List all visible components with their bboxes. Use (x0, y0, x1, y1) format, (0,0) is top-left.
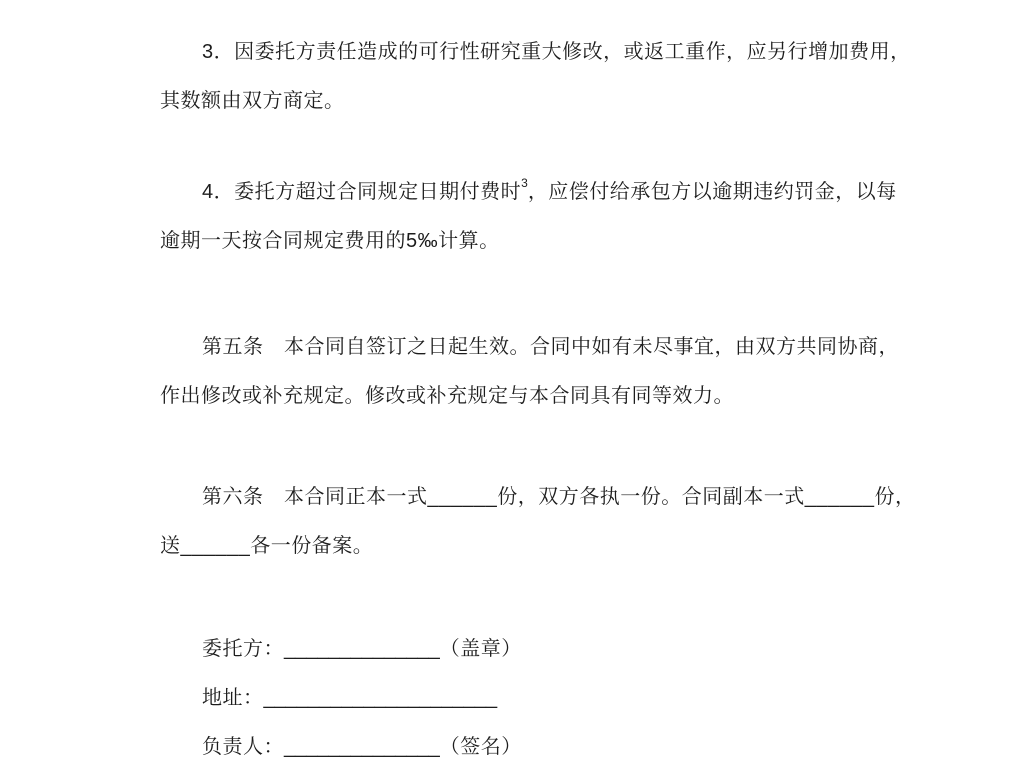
article-6-paragraph: 第六条 本合同正本一式______份，双方各执一份。合同副本一式______份，… (160, 473, 880, 571)
client-label: 委托方： (202, 638, 284, 660)
document-page: { "colors": { "background": "#ffffff", "… (0, 0, 1024, 768)
address-line: 地址：_____________________ (160, 674, 880, 723)
contract-text-line: 其数额由双方商定。 (160, 77, 880, 126)
contract-text-line: 逾期一天按合同规定费用的5‰计算。 (160, 217, 880, 266)
contract-text-line: 第六条 本合同正本一式______份，双方各执一份。合同副本一式______份， (160, 473, 880, 522)
client-seal-note: （盖章） (440, 638, 522, 660)
signature-block: 委托方：______________（盖章） 地址：______________… (160, 625, 880, 768)
clause-4-text-before-footnote: 4．委托方超过合同规定日期付费时 (202, 181, 521, 203)
article-5-paragraph: 第五条 本合同自签订之日起生效。合同中如有未尽事宜，由双方共同协商， 作出修改或… (160, 323, 880, 421)
footnote-marker: 3 (521, 176, 528, 190)
address-blank: _____________________ (264, 687, 498, 709)
contract-text-line: 作出修改或补充规定。修改或补充规定与本合同具有同等效力。 (160, 372, 880, 421)
contract-document-body: 3．因委托方责任造成的可行性研究重大修改，或返工重作，应另行增加费用， 其数额由… (160, 28, 880, 768)
address-label: 地址： (202, 687, 264, 709)
manager-sign-note: （签名） (440, 736, 522, 758)
contract-text-line: 3．因委托方责任造成的可行性研究重大修改，或返工重作，应另行增加费用， (160, 28, 880, 77)
clause-3-paragraph: 3．因委托方责任造成的可行性研究重大修改，或返工重作，应另行增加费用， 其数额由… (160, 28, 880, 126)
clause-4-paragraph: 4．委托方超过合同规定日期付费时3，应偿付给承包方以逾期违约罚金，以每 逾期一天… (160, 168, 880, 266)
client-signature-line: 委托方：______________（盖章） (160, 625, 880, 674)
contract-text-line: 送______各一份备案。 (160, 522, 880, 571)
clause-4-text-after-footnote: ，应偿付给承包方以逾期违约罚金，以每 (528, 181, 897, 203)
client-signature-blank: ______________ (284, 638, 440, 660)
manager-signature-line: 负责人：______________（签名） (160, 723, 880, 768)
manager-signature-blank: ______________ (284, 736, 440, 758)
contract-text-line: 4．委托方超过合同规定日期付费时3，应偿付给承包方以逾期违约罚金，以每 (160, 168, 880, 217)
contract-text-line: 第五条 本合同自签订之日起生效。合同中如有未尽事宜，由双方共同协商， (160, 323, 880, 372)
manager-label: 负责人： (202, 736, 284, 758)
